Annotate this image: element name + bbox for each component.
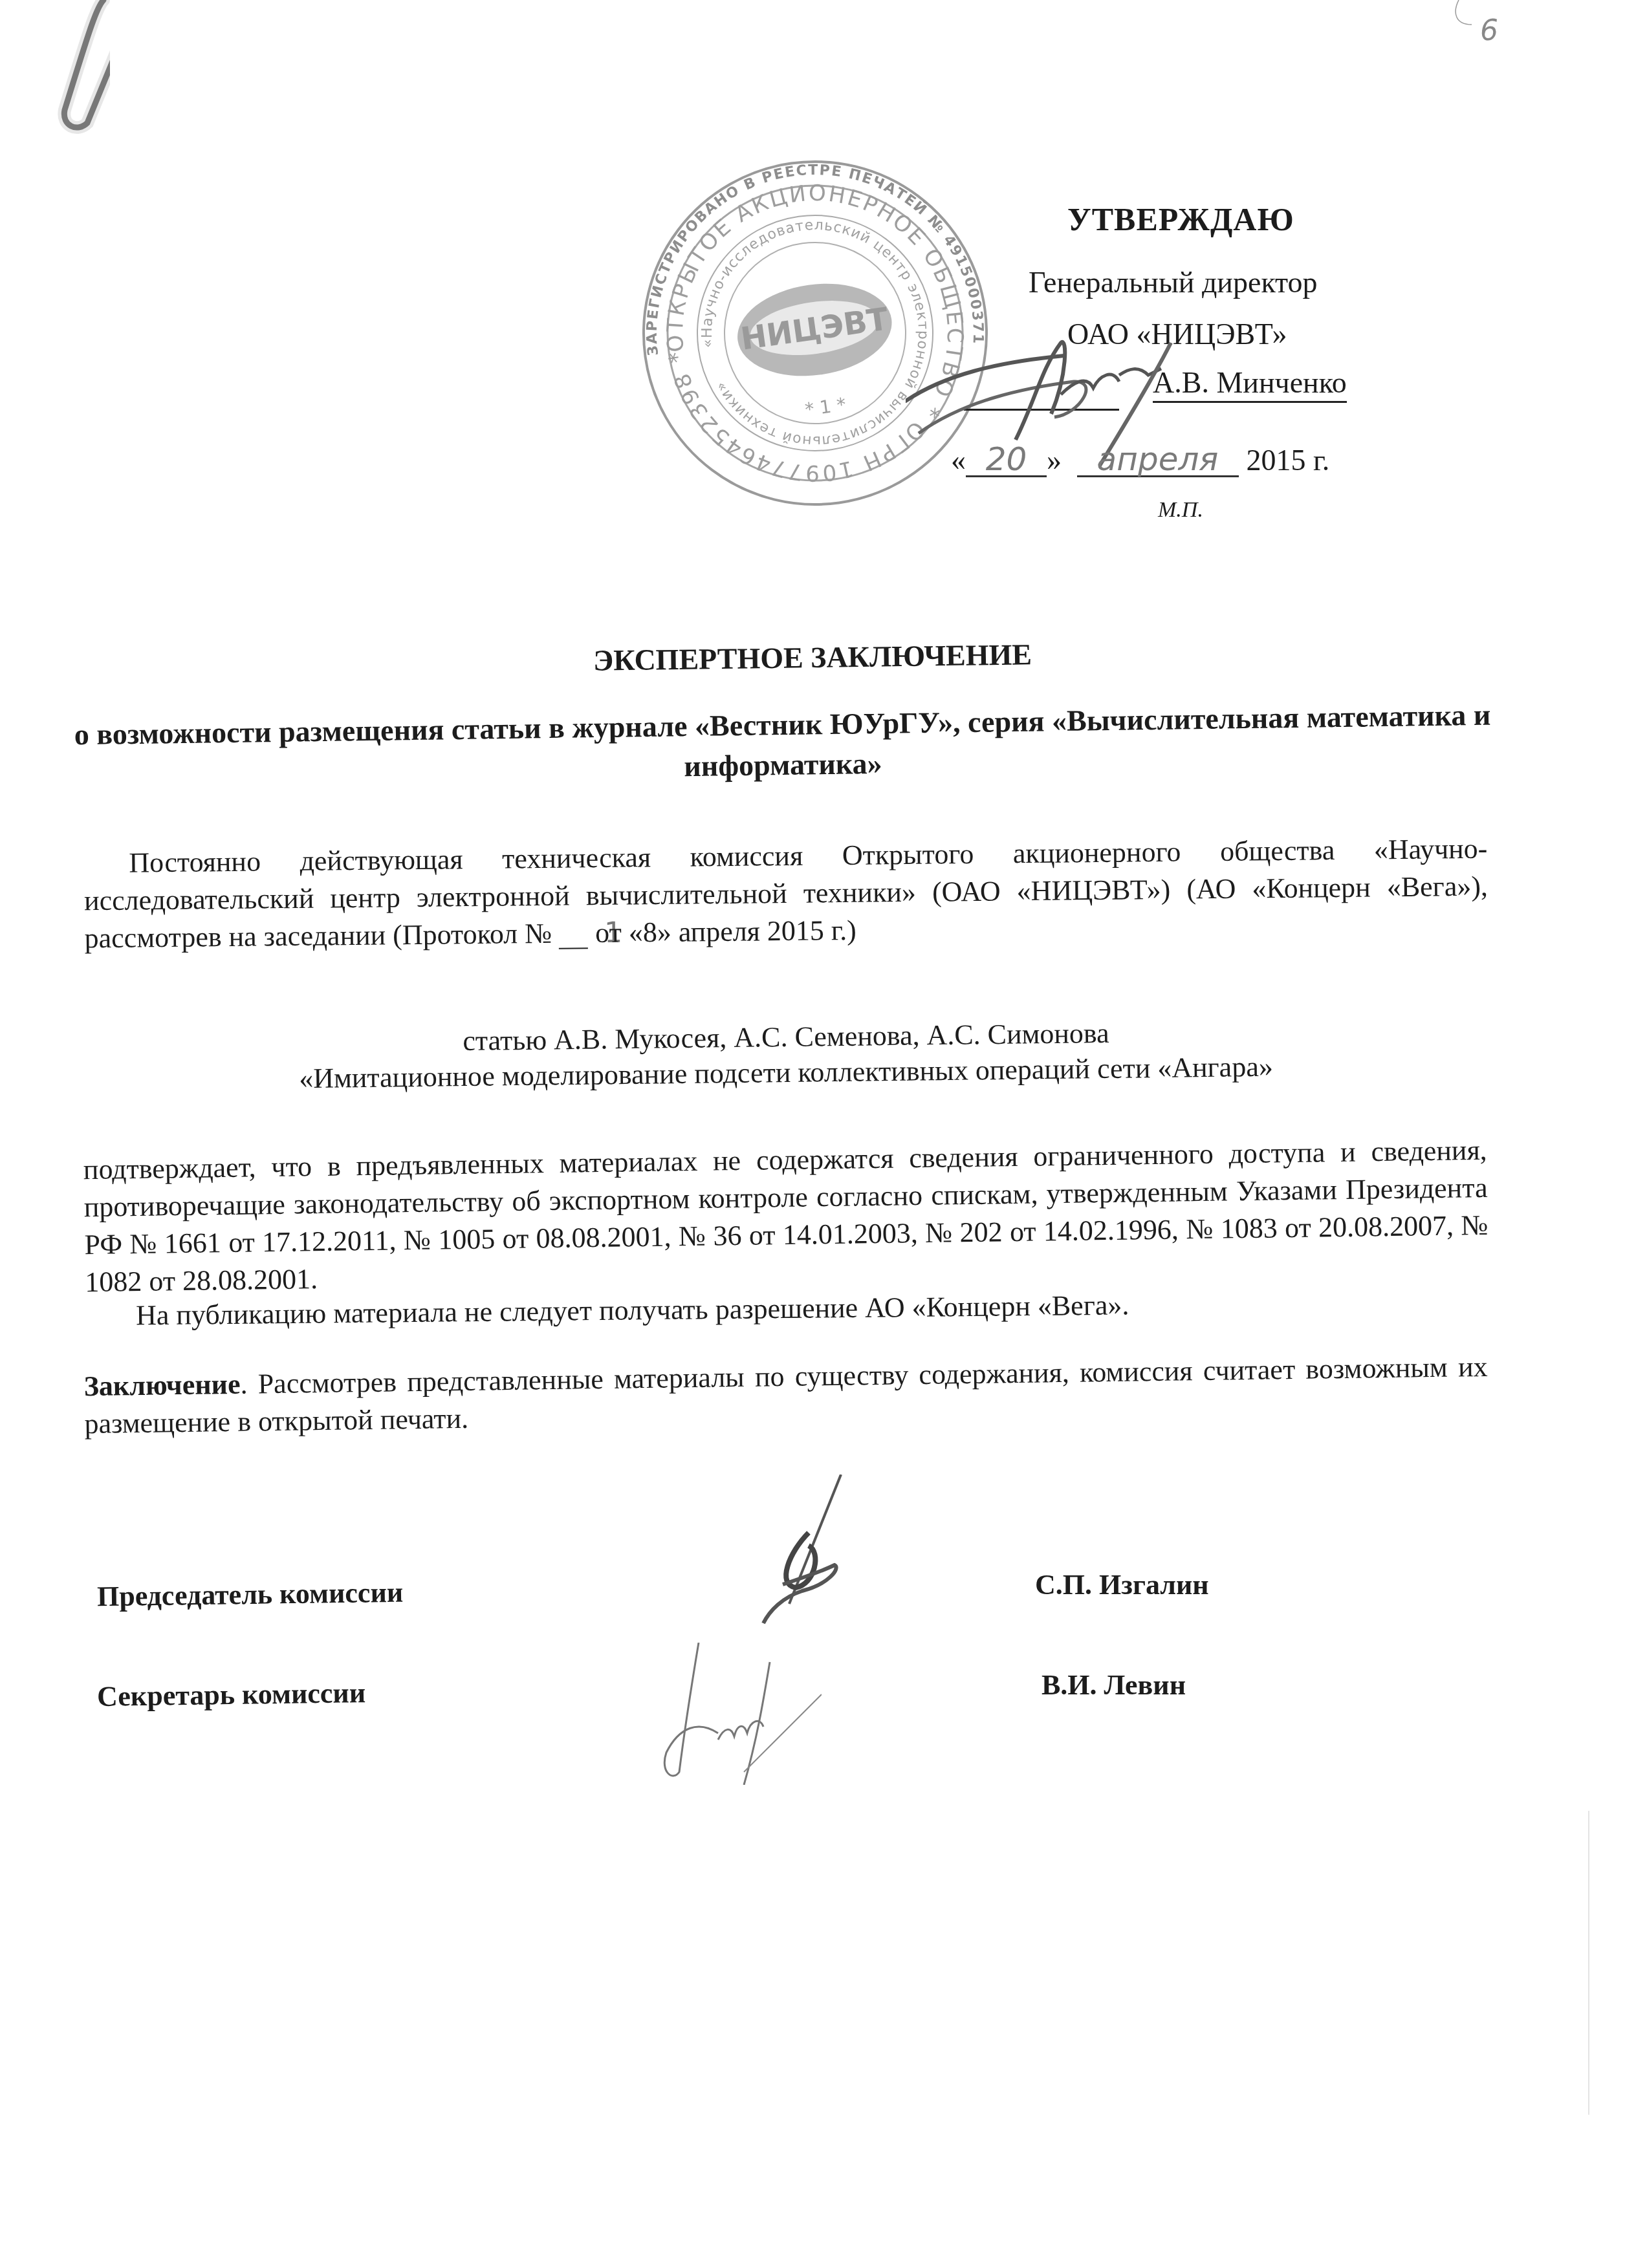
paperclip-mark [26,0,110,142]
chair-role: Председатель комиссии [97,1576,404,1614]
date-year: 2015 г. [1247,444,1330,477]
secretary-signature [653,1643,822,1785]
approval-date: «20» апреля2015 г. [951,443,1329,477]
document-page: 6 ЗАРЕГИСТРИРОВАНО В РЕЕСТРЕ ПЕЧАТЕЙ № 4… [0,0,1625,2268]
conclusion-label: Заключение [83,1368,240,1402]
svg-text:* 1 *: * 1 * [803,394,847,421]
date-close-quote: » [1047,444,1062,477]
document-title: ЭКСПЕРТНОЕ ЗАКЛЮЧЕНИЕ [0,629,1625,686]
intro-text-end: от «8» апреля 2015 г.) [588,914,856,949]
scan-edge-artifact [1588,1811,1589,2115]
date-day-handwritten: 20 [966,443,1047,477]
secretary-role: Секретарь комиссии [97,1676,366,1713]
conclusion-paragraph: Заключение. Рассмотрев представленные ма… [83,1348,1488,1443]
approval-heading: УТВЕРЖДАЮ [1067,200,1294,238]
document-subtitle: о возможности размещения статьи в журнал… [71,695,1495,795]
secretary-name: В.И. Левин [1042,1669,1186,1701]
approver-role: Генеральный директор [1029,265,1318,299]
protocol-number-handwritten: 1 [559,919,588,949]
page-number-mark: 6 [1443,0,1520,52]
intro-paragraph: Постоянно действующая техническая комисс… [83,830,1489,958]
seal-place-mark: М.П. [1158,498,1203,523]
chair-name: С.П. Изгалин [1035,1568,1209,1601]
date-month-handwritten: апреля [1077,443,1239,477]
svg-text:6: 6 [1480,14,1498,47]
chair-signature [737,1474,867,1643]
confirmation-paragraph: подтверждает, что в предъявленных матери… [83,1132,1489,1301]
date-open-quote: « [951,444,966,477]
conclusion-text: . Рассмотрев представленные материалы по… [84,1351,1488,1440]
approver-name: А.В. Минченко [1153,365,1347,403]
